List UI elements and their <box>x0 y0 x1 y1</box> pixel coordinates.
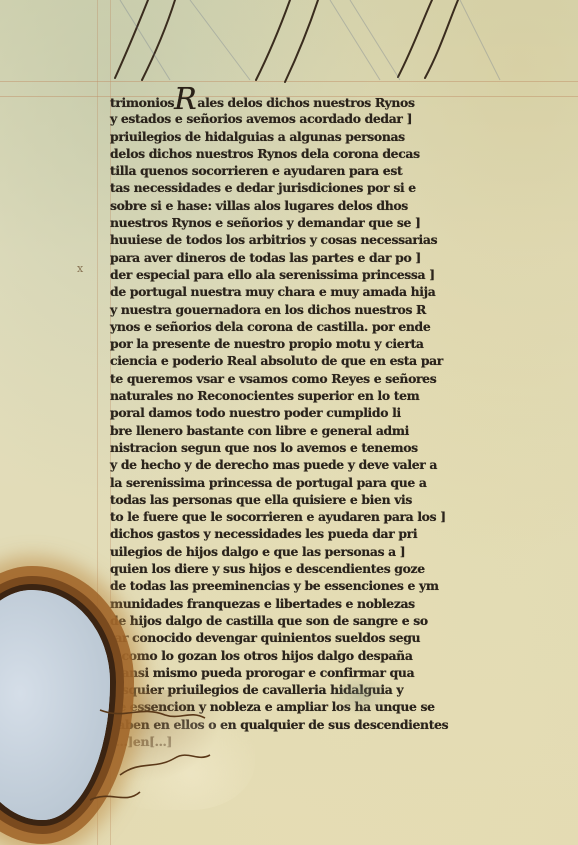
manuscript-line: la serenissima princessa de portugal par… <box>110 474 492 491</box>
manuscript-line: bre llenero bastante con libre e general… <box>110 422 492 439</box>
manuscript-line: y de hecho y de derecho mas puede y deve… <box>110 456 492 473</box>
margin-annotation: x <box>77 262 83 275</box>
line-text: ales delos dichos nuestros Rynos <box>197 95 414 110</box>
flourish-stroke <box>142 0 175 80</box>
manuscript-line: te queremos vsar e vsamos como Reyes e s… <box>110 370 492 387</box>
manuscript-line: dichos gastos y necessidades les pueda d… <box>110 525 492 542</box>
manuscript-line: e ansi mismo pueda prorogar e confirmar … <box>110 664 492 681</box>
manuscript-line: delos dichos nuestros Rynos dela corona … <box>110 145 492 162</box>
manuscript-line: nuestros Rynos e señorios y demandar que… <box>110 214 492 231</box>
manuscript-line: sobre si e hase: villas alos lugares del… <box>110 197 492 214</box>
manuscript-line-1: trimoniosRales delos dichos nuestros Ryn… <box>110 93 492 110</box>
manuscript-line: de todas las preeminencias y be essencio… <box>110 577 492 594</box>
manuscript-line: tas necessidades e dedar jurisdiciones p… <box>110 179 492 196</box>
manuscript-line: quien los diere y sus hijos e descendien… <box>110 560 492 577</box>
manuscript-line: por la presente de nuestro propio motu y… <box>110 335 492 352</box>
manuscript-line: y nuestra gouernadora en los dichos nues… <box>110 301 492 318</box>
manuscript-line: priuilegios de hidalguias a algunas pers… <box>110 128 492 145</box>
flourish-stroke <box>256 0 290 80</box>
line-text: trimonios <box>110 95 174 110</box>
flourish-stroke <box>425 0 458 78</box>
manuscript-line: y estados e señorios avemos acordado ded… <box>110 110 492 127</box>
manuscript-line: e como lo gozan los otros hijos dalgo de… <box>110 647 492 664</box>
flourish-stroke <box>398 0 432 77</box>
manuscript-line: para aver dineros de todas las partes e … <box>110 249 492 266</box>
manuscript-line: munidades franquezas e libertades e nobl… <box>110 595 492 612</box>
manuscript-line: naturales no Reconocientes superior en l… <box>110 387 492 404</box>
manuscript-line: der especial para ello ala serenissima p… <box>110 266 492 283</box>
manuscript-line: de portugal nuestra muy chara e muy amad… <box>110 283 492 300</box>
manuscript-line: uilegios de hijos dalgo e que las person… <box>110 543 492 560</box>
manuscript-text-block: trimoniosRales delos dichos nuestros Ryn… <box>110 93 492 750</box>
pen-flourishes <box>0 0 578 90</box>
manuscript-line: tilla quenos socorrieren e ayudaren para… <box>110 162 492 179</box>
flourish-stroke <box>115 0 148 78</box>
manuscript-line: huuiese de todos los arbitrios y cosas n… <box>110 231 492 248</box>
manuscript-line: de hijos dalgo de castilla que son de sa… <box>110 612 492 629</box>
manuscript-line: lar conocido devengar quinientos sueldos… <box>110 629 492 646</box>
manuscript-line: to le fuere que le socorrieren e ayudare… <box>110 508 492 525</box>
torn-edge <box>80 680 280 840</box>
manuscript-line: todas las personas que ella quisiere e b… <box>110 491 492 508</box>
manuscript-line: ynos e señorios dela corona de castilla.… <box>110 318 492 335</box>
manuscript-line: poral damos todo nuestro poder cumplido … <box>110 404 492 421</box>
water-stain <box>330 675 390 715</box>
manuscript-line: nistracion segun que nos lo avemos e ten… <box>110 439 492 456</box>
manuscript-line: ciencia e poderio Real absoluto de que e… <box>110 352 492 369</box>
flourish-stroke <box>285 0 318 82</box>
